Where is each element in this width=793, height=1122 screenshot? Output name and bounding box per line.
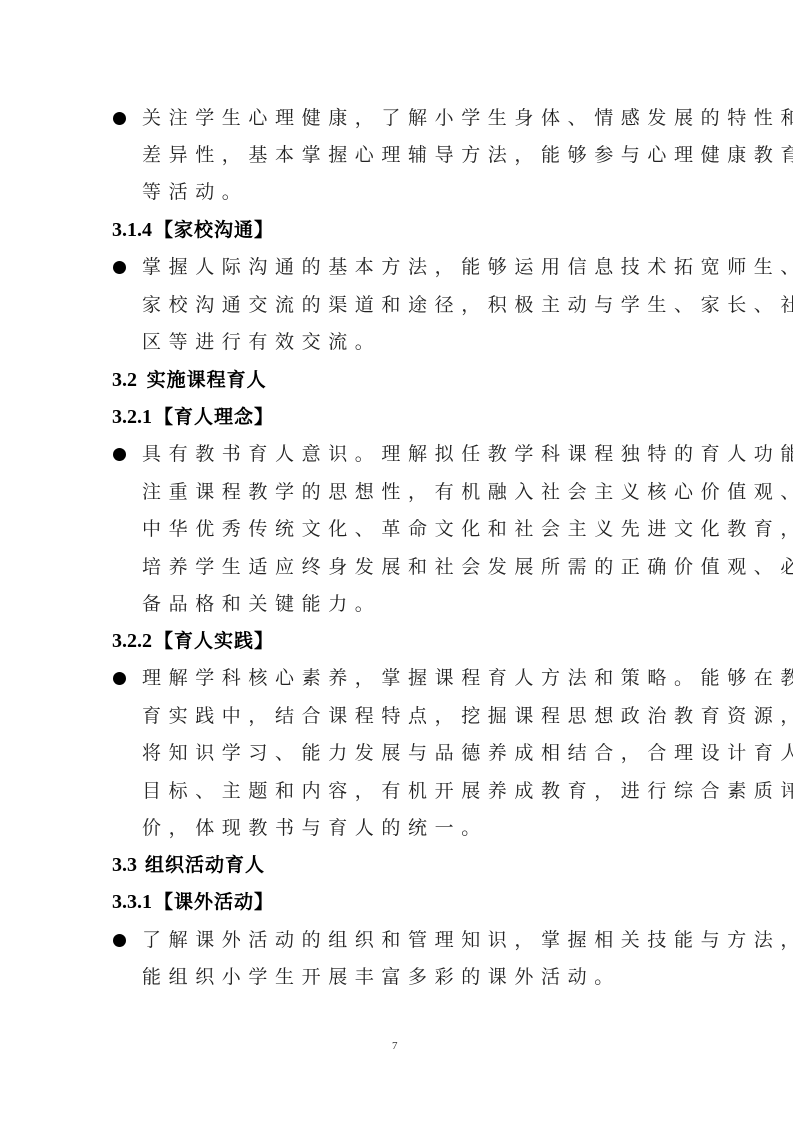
heading-title: 【课外活动】 [154,891,274,913]
section-heading-3-2-2: 3.2.2【育人实践】 [112,623,274,660]
heading-number: 3.3.1 [112,891,152,913]
heading-title: 【家校沟通】 [154,219,274,241]
body-text-line: 了解课外活动的组织和管理知识，掌握相关技能与方法， [142,922,793,959]
body-text-line: 具有教书育人意识。理解拟任教学科课程独特的育人功能， [142,436,793,473]
body-text-line: 中华优秀传统文化、革命文化和社会主义先进文化教育， [142,511,793,548]
document-page: 关注学生心理健康，了解小学生身体、情感发展的特性和 差异性，基本掌握心理辅导方法… [0,0,793,1122]
section-heading-3-3-1: 3.3.1【课外活动】 [112,884,274,921]
heading-title: 【育人理念】 [154,406,274,428]
body-text-line: 育实践中，结合课程特点，挖掘课程思想政治教育资源， [142,698,793,735]
bullet-icon [113,934,126,947]
section-heading-3-2-1: 3.2.1【育人理念】 [112,399,274,436]
heading-number: 3.2.1 [112,406,152,428]
section-heading-3-1-4: 3.1.4【家校沟通】 [112,212,274,249]
section-heading-3-3: 3.3组织活动育人 [112,847,265,884]
heading-number: 3.2.2 [112,630,152,652]
heading-title: 组织活动育人 [145,854,265,876]
body-text-line: 理解学科核心素养，掌握课程育人方法和策略。能够在教 [142,660,793,697]
heading-title: 实施课程育人 [139,369,267,391]
heading-number: 3.3 [112,854,137,876]
body-text-line: 目标、主题和内容，有机开展养成教育，进行综合素质评 [142,773,793,810]
body-text-line: 注重课程教学的思想性，有机融入社会主义核心价值观、 [142,474,793,511]
body-text-line: 能组织小学生开展丰富多彩的课外活动。 [142,959,621,996]
heading-number: 3.1.4 [112,219,152,241]
bullet-icon [113,112,126,125]
body-text-line: 关注学生心理健康，了解小学生身体、情感发展的特性和 [142,100,793,137]
body-text-line: 培养学生适应终身发展和社会发展所需的正确价值观、必 [142,549,793,586]
section-heading-3-2: 3.2 实施课程育人 [112,362,267,399]
page-number: 7 [392,1040,398,1052]
body-text-line: 备品格和关键能力。 [142,586,381,623]
body-text-line: 价，体现教书与育人的统一。 [142,810,488,847]
body-text-line: 等活动。 [142,174,248,211]
bullet-icon [113,448,126,461]
bullet-icon [113,672,126,685]
body-text-line: 区等进行有效交流。 [142,324,381,361]
heading-title: 【育人实践】 [154,630,274,652]
body-text-line: 差异性，基本掌握心理辅导方法，能够参与心理健康教育 [142,137,793,174]
heading-number: 3.2 [112,369,137,391]
body-text-line: 掌握人际沟通的基本方法，能够运用信息技术拓宽师生、 [142,249,793,286]
bullet-icon [113,261,126,274]
body-text-line: 家校沟通交流的渠道和途径，积极主动与学生、家长、社 [142,287,793,324]
body-text-line: 将知识学习、能力发展与品德养成相结合，合理设计育人 [142,735,793,772]
